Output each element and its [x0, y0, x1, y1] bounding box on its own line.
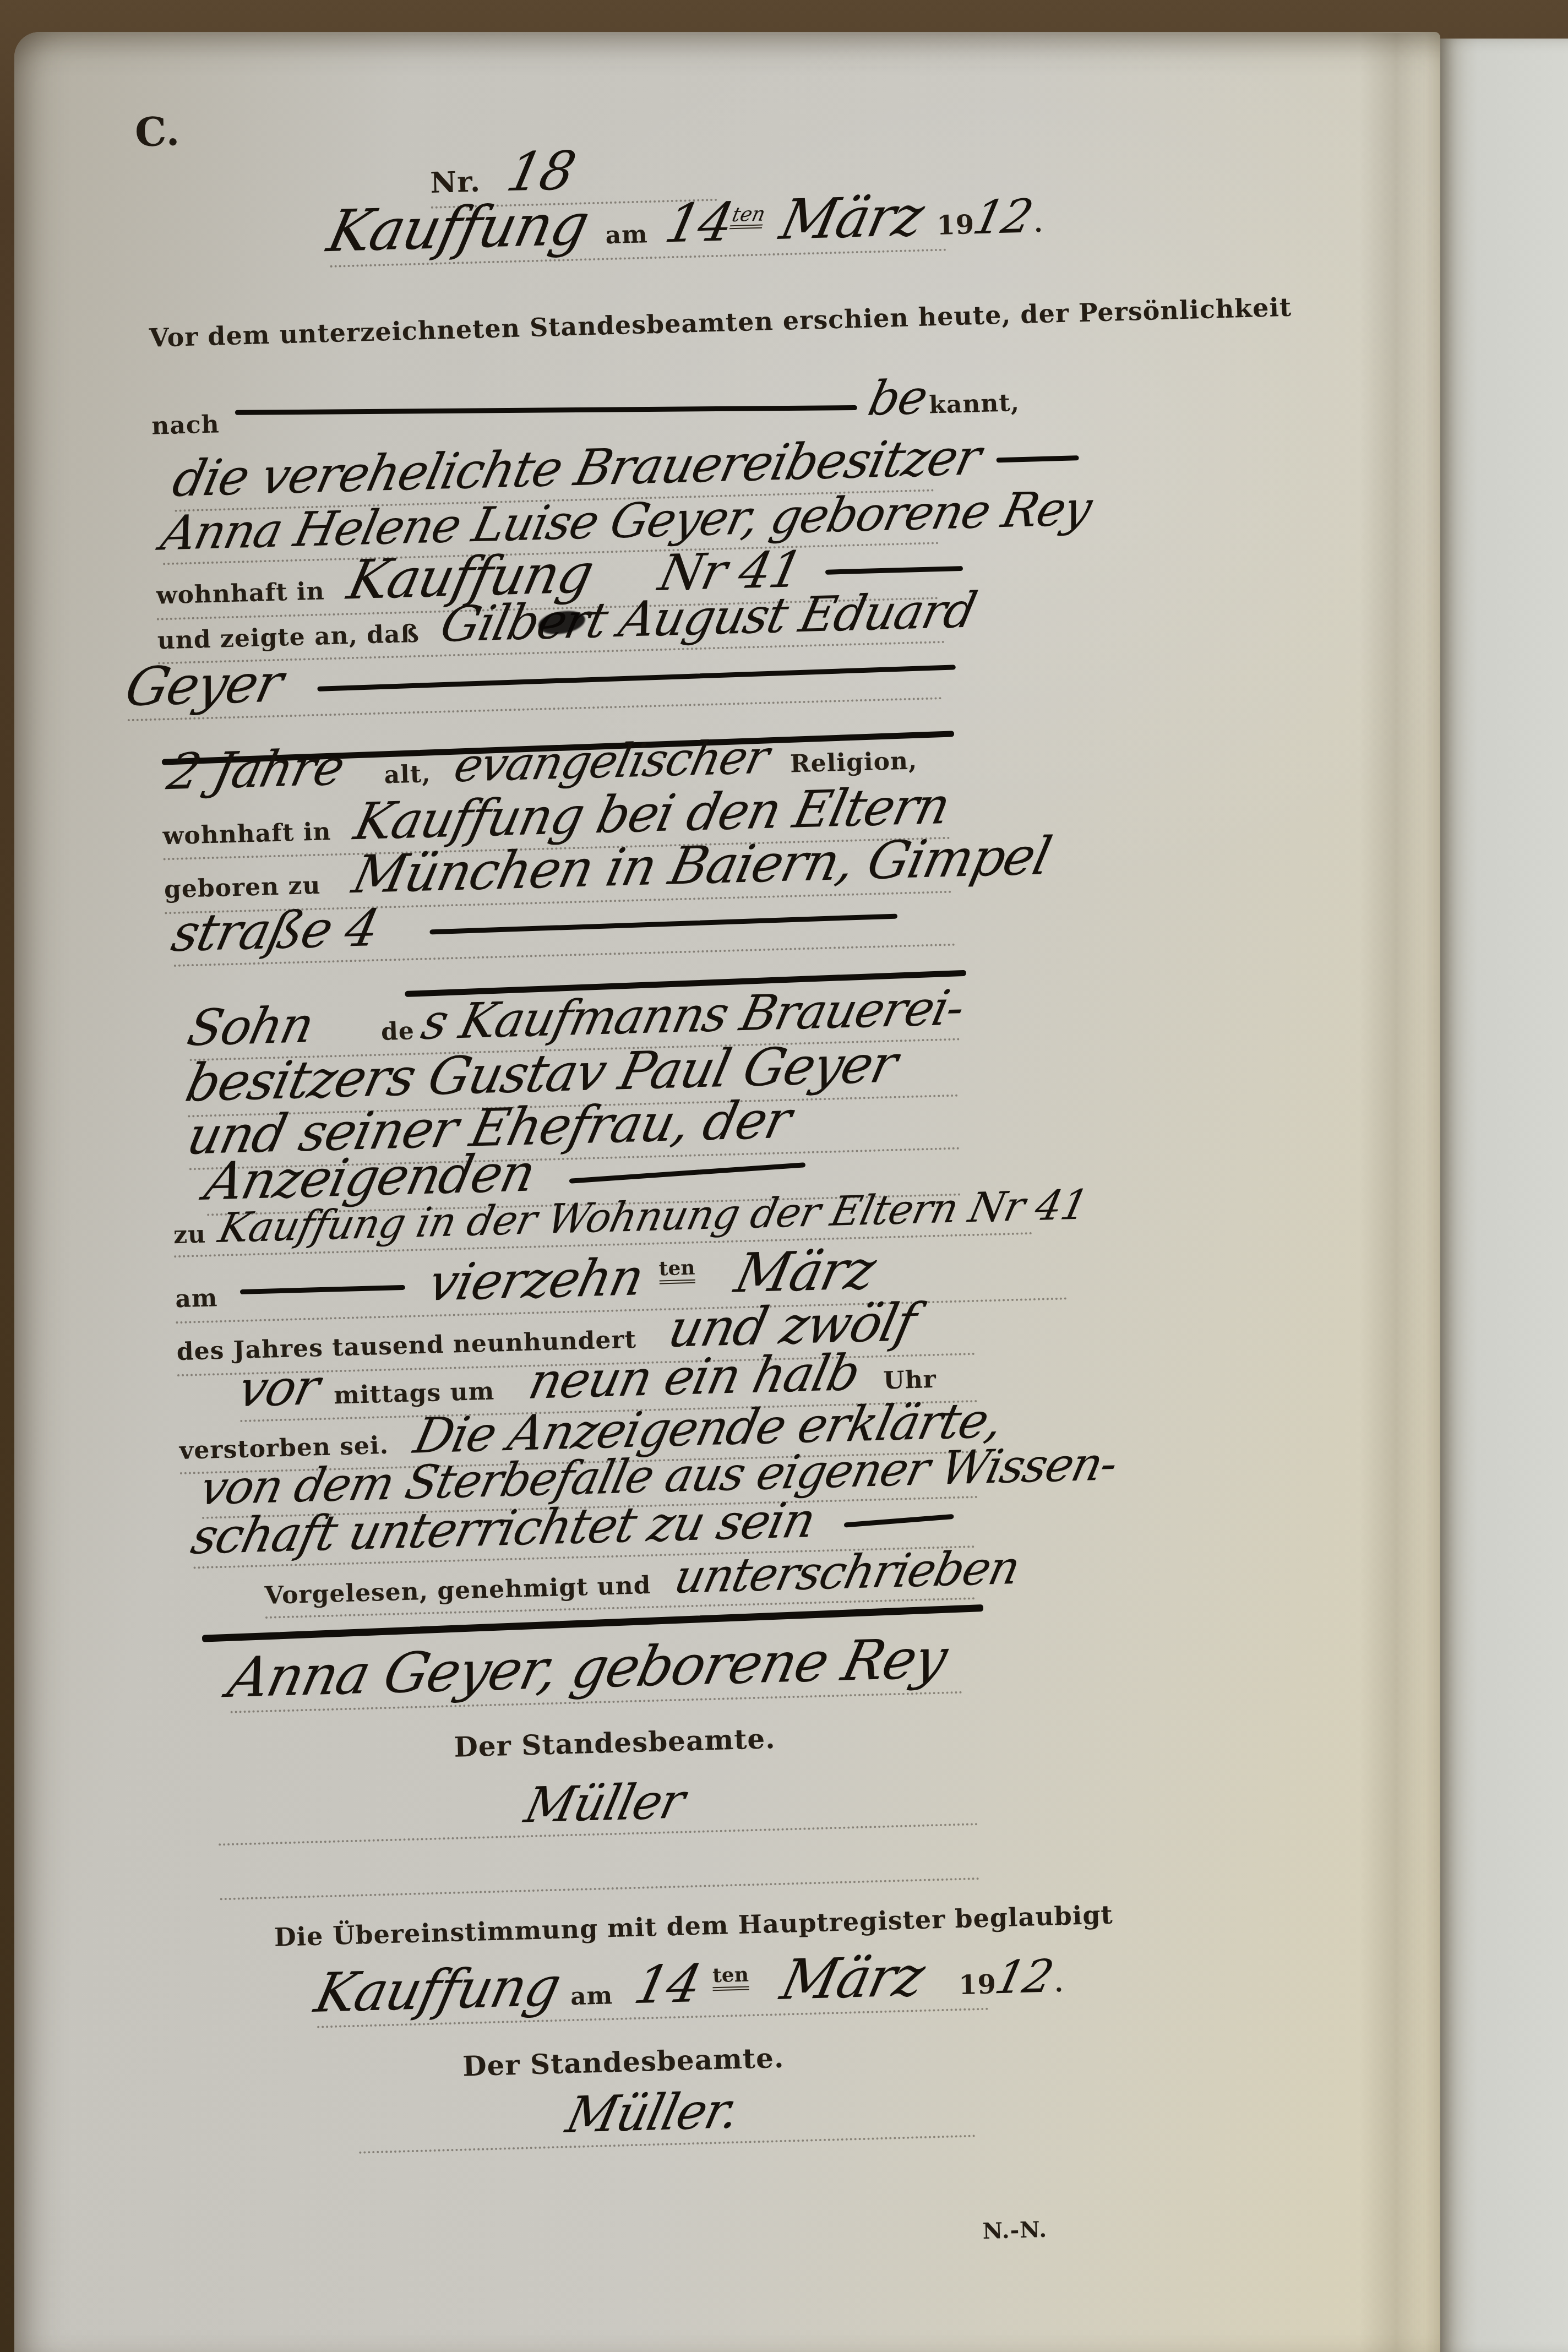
death-register-scan: C. Nr. 18 Kauffung am 14ten März 1912 . … — [0, 0, 1568, 2352]
am-label: am — [605, 220, 648, 249]
cert-year-printed: 19 — [958, 1969, 997, 2001]
place-date-row: Kauffung am 14ten März 1912 . — [329, 186, 947, 268]
certification-date-row: Kauffung am 14 ten März 1912 . — [315, 1947, 989, 2028]
death-day-word: vierzehn — [424, 1252, 648, 1309]
officer-signature2: Müller. — [562, 2086, 743, 2141]
page-content: C. Nr. 18 Kauffung am 14ten März 1912 . … — [0, 0, 1568, 2352]
declarant-signature: Anna Geyer, geborene Rey — [224, 1631, 951, 1706]
ink-line — [429, 913, 897, 934]
cert-year-written: 12 — [992, 1954, 1057, 2001]
place-value: Kauffung — [323, 195, 593, 260]
officer-title: Der Standesbeamte. — [454, 1722, 776, 1763]
death-month: März — [731, 1243, 880, 1301]
year-written: 12 — [969, 193, 1036, 241]
daytime-written: vor — [234, 1363, 323, 1414]
officer-title-row: Der Standesbeamte. — [454, 1725, 776, 1761]
religion-value: evangelischer — [450, 733, 772, 788]
form-letter: C. — [134, 107, 180, 155]
wohnhaft2-label: wohnhaft in — [162, 818, 331, 850]
religion-label: Religion, — [790, 747, 917, 778]
cert-ten-label: ten — [712, 1963, 749, 1991]
vorgelesen-label: Vorgelesen, genehmigt und — [264, 1571, 651, 1610]
cert-day: 14 — [629, 1958, 704, 2012]
bekannt-written: be — [864, 373, 931, 422]
certification-row: Die Übereinstimmung mit dem Hauptregiste… — [274, 1902, 1113, 1950]
uhr-label: Uhr — [883, 1365, 937, 1395]
zeigte-label: und zeigte an, daß — [157, 620, 420, 655]
ink-dash — [240, 1285, 405, 1294]
printer-mark: N.-N. — [982, 2217, 1048, 2244]
ink-dash — [996, 455, 1079, 462]
nach-label: nach — [151, 410, 220, 440]
zu-label: zu — [173, 1221, 206, 1250]
year-printed: 19 — [937, 209, 975, 241]
cert-am-label: am — [570, 1981, 613, 2011]
date-day-suffix: ten — [729, 204, 767, 229]
mittags-label: mittags um — [334, 1378, 495, 1410]
age-value: 2 Jahre — [163, 743, 348, 797]
officer-signature: Müller — [521, 1777, 689, 1830]
ink-stroke — [235, 405, 857, 415]
intro-line: Vor dem unterzeichneten Standesbeamten e… — [149, 292, 1292, 353]
ten-label: ten — [658, 1256, 695, 1284]
alt-label: alt, — [384, 760, 431, 789]
de-label: de — [381, 1017, 415, 1046]
unterschrieben-written: unterschrieben — [671, 1544, 1023, 1600]
cert-place: Kauffung — [311, 1959, 565, 2021]
cert-month: März — [776, 1949, 929, 2008]
date-day: 14 — [661, 195, 738, 251]
ink-dash — [825, 566, 963, 575]
officer-title2: Der Standesbeamte. — [462, 2041, 785, 2083]
child-surname: Geyer — [121, 656, 287, 714]
declarant-signature-row: Anna Geyer, geborene Rey — [229, 1631, 963, 1713]
ink-dash — [569, 1162, 806, 1184]
kannt-label: kannt, — [929, 389, 1020, 419]
officer-title-row2: Der Standesbeamte. — [462, 2044, 785, 2081]
officer-signature-row2: Müller. — [358, 2079, 976, 2153]
ink-line — [317, 665, 956, 691]
ink-dash — [844, 1514, 954, 1528]
printer-mark-row: N.-N. — [982, 2219, 1048, 2242]
birthplace-value2: straße 4 — [167, 903, 383, 960]
intro-row: Vor dem unterzeichneten Standesbeamten e… — [149, 295, 1292, 351]
officer-signature-row: Müller — [217, 1769, 978, 1845]
empty-ruled-line — [220, 1861, 979, 1900]
certification-line: Die Übereinstimmung mit dem Hauptregiste… — [274, 1900, 1113, 1952]
am2-label: am — [175, 1284, 218, 1313]
corner-letter: C. — [134, 107, 180, 155]
date-period: . — [1033, 210, 1043, 238]
date-month: März — [775, 188, 928, 248]
cert-period: . — [1054, 1969, 1064, 1997]
sohn-written: Sohn — [183, 1000, 318, 1054]
geboren-label: geboren zu — [164, 872, 321, 904]
